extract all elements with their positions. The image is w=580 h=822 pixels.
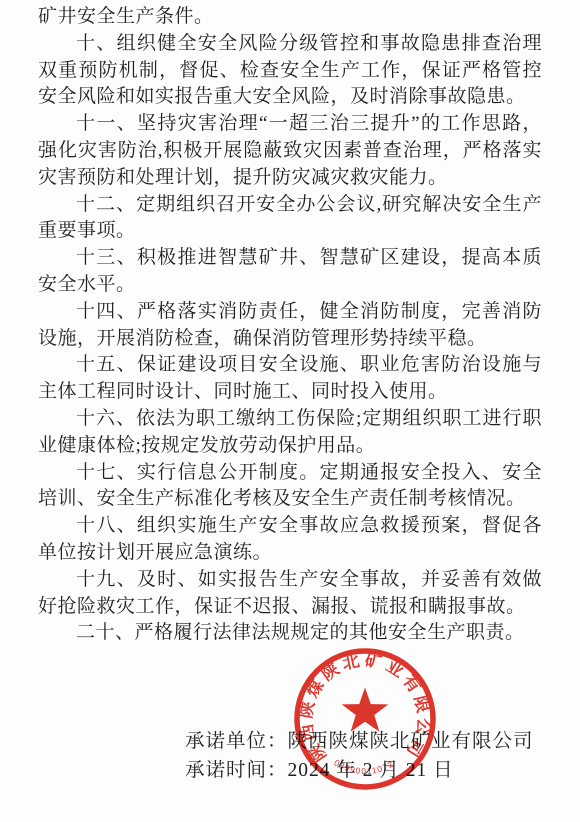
paragraph-item-17: 十七、实行信息公开制度。定期通报安全投入、安全培训、安全生产标准化考核及安全生产… — [38, 460, 542, 514]
paragraph-item-11: 十一、坚持灾害治理“一超三治三提升”的工作思路，强化灾害防治,积极开展隐蔽致灾因… — [38, 111, 542, 191]
commitment-unit-value: 陕西陕煤陕北矿业有限公司 — [288, 731, 534, 752]
paragraph-item-10: 十、组织健全安全风险分级管控和事故隐患排查治理双重预防机制，督促、检查安全生产工… — [38, 31, 542, 111]
commitment-date-line: 承诺时间：2024 年 2 月 21 日 — [185, 756, 534, 785]
seal-star-icon — [342, 688, 389, 732]
commitment-unit-line: 承诺单位：陕西陕煤陕北矿业有限公司 — [185, 727, 534, 756]
commitment-date-label: 承诺时间： — [185, 760, 288, 781]
paragraph-continuation: 矿井安全生产条件。 — [38, 4, 542, 31]
document-body: 矿井安全生产条件。 十、组织健全安全风险分级管控和事故隐患排查治理双重预防机制，… — [38, 4, 542, 647]
paragraph-item-20: 二十、严格履行法律法规规定的其他安全生产职责。 — [38, 620, 542, 647]
paragraph-item-12: 十二、定期组织召开安全办公会议,研究解决安全生产重要事项。 — [38, 192, 542, 246]
paragraph-item-13: 十三、积极推进智慧矿井、智慧矿区建设，提高本质安全水平。 — [38, 245, 542, 299]
paragraph-item-18: 十八、组织实施生产安全事故应急救援预案，督促各单位按计划开展应急演练。 — [38, 513, 542, 567]
commitment-unit-label: 承诺单位： — [185, 731, 288, 752]
document-page: 矿井安全生产条件。 十、组织健全安全风险分级管控和事故隐患排查治理双重预防机制，… — [0, 0, 580, 822]
signature-block: 承诺单位：陕西陕煤陕北矿业有限公司 承诺时间：2024 年 2 月 21 日 — [185, 727, 534, 785]
paragraph-item-14: 十四、严格落实消防责任，健全消防制度，完善消防设施，开展消防检查，确保消防管理形… — [38, 299, 542, 353]
paragraph-item-16: 十六、依法为职工缴纳工伤保险;定期组织职工进行职业健康体检;按规定发放劳动保护用… — [38, 406, 542, 460]
paragraph-item-19: 十九、及时、如实报告生产安全事故，并妥善有效做好抢险救灾工作，保证不迟报、漏报、… — [38, 567, 542, 621]
commitment-date-value: 2024 年 2 月 21 日 — [288, 760, 454, 781]
paragraph-item-15: 十五、保证建设项目安全设施、职业危害防治设施与主体工程同时设计、同时施工、同时投… — [38, 352, 542, 406]
